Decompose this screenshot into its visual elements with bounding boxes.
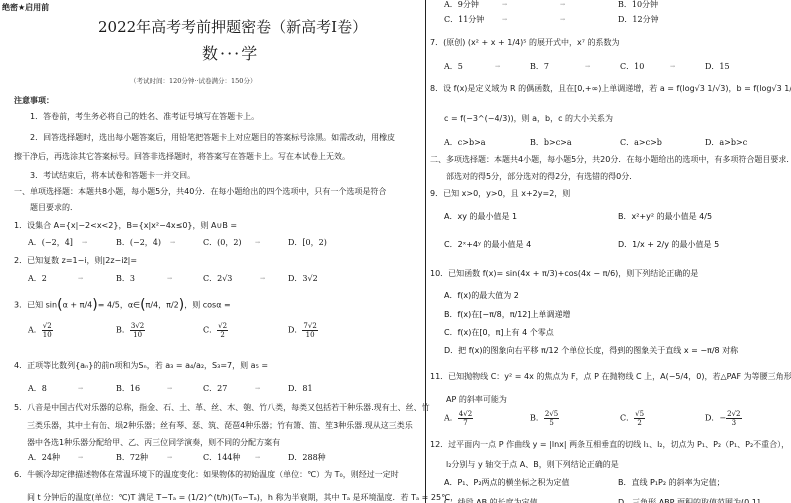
question-10-stem: 10．已知函数 f(x)= sin(4x + π/3)+cos(4x − π/6… [430, 269, 698, 279]
q4-option-d: D．81 [288, 384, 313, 394]
tab-arrow-icon: → [502, 0, 507, 10]
tab-arrow-icon: → [255, 384, 260, 394]
q8-option-c: C．a>c>b [620, 138, 662, 148]
tab-arrow-icon: → [255, 453, 260, 463]
q9-option-c: C．2ˣ+4ʸ 的最小值是 4 [444, 240, 531, 250]
column-divider [425, 0, 426, 503]
q3-option-d: D．7√210 [288, 322, 318, 339]
question-6-stem: 6．牛顿冷却定律描述物体在常温环境下的温度变化：如果物体的初始温度（单位：℃）为… [14, 470, 399, 480]
tab-arrow-icon: → [585, 62, 590, 72]
tab-arrow-icon: → [260, 274, 265, 284]
q7-option-d: D．15 [705, 62, 730, 72]
question-6-stem-cont: 间 t 分钟后的温度(单位：℃)T 满足 T−Tₐ = (1/2)^(t/h)(… [27, 493, 458, 503]
q5-option-c: C．144种 [203, 453, 240, 463]
note-item: 擦干净后，再选涂其它答案标号。回答非选择题时，将答案写在答题卡上。写在本试卷上无… [14, 152, 350, 162]
q11-option-d: D．−2√23 [705, 410, 742, 427]
q10-option-b: B．f(x)在[−π/8，π/12]上单调递增 [444, 310, 571, 320]
question-7-stem: 7．(原创) (x² + x + 1/4)⁵ 的展开式中，x⁷ 的系数为 [430, 38, 619, 48]
q12-option-d: D．三角形 ABP 面积的取值范围为(0,1] [618, 498, 760, 503]
q6-option-b: B．10分钟 [618, 0, 658, 10]
question-5-stem-cont: 器中各选1种乐器分配给甲、乙、丙三位同学演奏，则不同的分配方案有 [27, 438, 280, 448]
q7-option-b: B．7 [530, 62, 549, 72]
q4-option-a: A．8 [28, 384, 47, 394]
tab-arrow-icon: → [560, 0, 565, 10]
tab-arrow-icon: → [167, 384, 172, 394]
question-2-stem: 2．已知复数 z=1−i，则|2z−iz̄|= [14, 256, 137, 266]
question-11-stem-cont: AP 的斜率可能为 [446, 395, 507, 405]
section2-heading-cont: 部选对的得5分，部分选对的得2分，有选错的得0分． [446, 172, 637, 182]
q2-option-a: A．2 [28, 274, 47, 284]
question-3-stem: 3．已知 sin(α + π/4)= 4/5，α∈(π/4，π/2)，则 cos… [14, 298, 231, 313]
q12-option-a: A．P₁、P₂两点的横坐标之积为定值 [444, 478, 570, 488]
q2-option-b: B．3 [116, 274, 135, 284]
question-12-stem-cont: l₂分别与 y 轴交于点 A、B，则下列结论正确的是 [446, 460, 619, 470]
q1-option-d: D．[0，2) [288, 238, 327, 248]
q10-option-c: C．f(x)在[0，π]上有 4 个零点 [444, 328, 554, 338]
q8-option-d: D．a>b>c [705, 138, 747, 148]
note-item: 1．答卷前，考生务必将自己的姓名、准考证号填写在答题卡上。 [30, 112, 259, 122]
q5-option-b: B．72种 [116, 453, 148, 463]
tab-arrow-icon: → [560, 15, 565, 25]
question-11-stem: 11．已知抛物线 C：y² = 4x 的焦点为 F，点 P 在抛物线 C 上，A… [430, 372, 791, 382]
q5-option-d: D．288种 [288, 453, 326, 463]
tab-arrow-icon: → [78, 274, 83, 284]
secret-label: 绝密★启用前 [2, 3, 49, 13]
q10-option-a: A．f(x)的最大值为 2 [444, 291, 519, 301]
q11-option-a: A．4√27 [444, 410, 473, 427]
section1-heading: 一、单项选择题：本题共8小题，每小题5分，共40分．在每小题给出的四个选项中，只… [14, 187, 386, 197]
q7-option-c: C．10 [620, 62, 644, 72]
exam-info: （考试时间：120分钟··试卷满分：150分） [130, 76, 256, 86]
q8-option-b: B．b>c>a [530, 138, 572, 148]
section1-heading-cont: 题目要求的． [30, 203, 78, 213]
q3-option-a: A．√210 [28, 322, 53, 339]
exam-page: 绝密★启用前 2022年高考考前押题密卷（新高考I卷） 数···学 （考试时间：… [0, 0, 791, 503]
note-item: 2．回答选择题时，选出每小题答案后，用铅笔把答题卡上对应题目的答案标号涂黑。如需… [30, 133, 395, 143]
note-item: 3．考试结束后，将本试卷和答题卡一并交回。 [30, 171, 195, 181]
exam-title: 2022年高考考前押题密卷（新高考I卷） [98, 18, 367, 36]
tab-arrow-icon: → [82, 238, 87, 248]
q7-option-a: A．5 [444, 62, 463, 72]
q12-option-c: C．线段 AB 的长度为定值 [444, 498, 538, 503]
tab-arrow-icon: → [255, 238, 260, 248]
q11-option-c: C．√52 [620, 410, 645, 427]
q1-option-b: B．(−2，4) [116, 238, 161, 248]
tab-arrow-icon: → [167, 453, 172, 463]
q11-option-b: B．2√55 [530, 410, 559, 427]
tab-arrow-icon: → [670, 62, 675, 72]
question-8-stem-cont: c = f(−3^(−4/3))，则 a，b，c 的大小关系为 [444, 114, 613, 124]
section2-heading: 二、多项选择题：本题共4小题，每小题5分，共20分．在每小题给出的选项中，有多项… [430, 155, 791, 165]
q6-option-c: C．11分钟 [444, 15, 484, 25]
q2-option-c: C．2√3 [203, 274, 232, 284]
question-4-stem: 4．正项等比数列{aₙ}的前n项和为Sₙ，若 a₃ = a₄/a₂，S₃=7，则… [14, 361, 268, 371]
tab-arrow-icon: → [78, 384, 83, 394]
tab-arrow-icon: → [170, 238, 175, 248]
q4-option-c: C．27 [203, 384, 227, 394]
question-12-stem: 12．过平面内一点 P 作曲线 y = |lnx| 两条互相垂直的切线 l₁、l… [430, 440, 789, 450]
q9-option-d: D．1/x + 2/y 的最小值是 5 [618, 240, 719, 250]
q2-option-d: D．3√2 [288, 274, 318, 284]
q12-option-b: B．直线 P₁P₂ 的斜率为定值； [618, 478, 725, 488]
question-1-stem: 1．设集合 A={x|−2<x<2}，B={x|x²−4x≤0}，则 A∪B = [14, 221, 237, 231]
q9-option-a: A．xy 的最小值是 1 [444, 212, 517, 222]
q3-option-c: C．√22 [203, 322, 228, 339]
tab-arrow-icon: → [495, 62, 500, 72]
tab-arrow-icon: → [502, 15, 507, 25]
tab-arrow-icon: → [78, 453, 83, 463]
q1-option-a: A．(−2，4] [28, 238, 73, 248]
tab-arrow-icon: → [167, 274, 172, 284]
question-5-stem: 5．八音是中国古代对乐器的总称，指金、石、土、革、丝、木、匏、竹八类，每类又包括… [14, 403, 430, 413]
subject-title: 数···学 [202, 44, 259, 64]
q8-option-a: A．c>b>a [444, 138, 486, 148]
question-5-stem-cont: 三类乐器，其中土有缶、埙2种乐器；丝有琴、瑟、筑、琵琶4种乐器；竹有箫、笛、笙3… [27, 421, 413, 431]
q1-option-c: C．(0，2) [203, 238, 242, 248]
q10-option-d: D．把 f(x)的图象向右平移 π/12 个单位长度，得到的图象关于直线 x =… [444, 346, 738, 356]
q4-option-b: B．16 [116, 384, 140, 394]
q5-option-a: A．24种 [28, 453, 60, 463]
question-9-stem: 9．已知 x>0，y>0，且 x+2y=2，则 [430, 189, 570, 199]
question-8-stem: 8．设 f(x)是定义域为 R 的偶函数，且在[0,+∞)上单调递增，若 a =… [430, 84, 791, 94]
q6-option-a: A．9分钟 [444, 0, 479, 10]
q6-option-d: D．12分钟 [618, 15, 659, 25]
notes-heading: 注意事项： [14, 96, 54, 106]
q9-option-b: B．x²+y² 的最小值是 4/5 [618, 212, 712, 222]
q3-option-b: B．3√210 [116, 322, 145, 339]
